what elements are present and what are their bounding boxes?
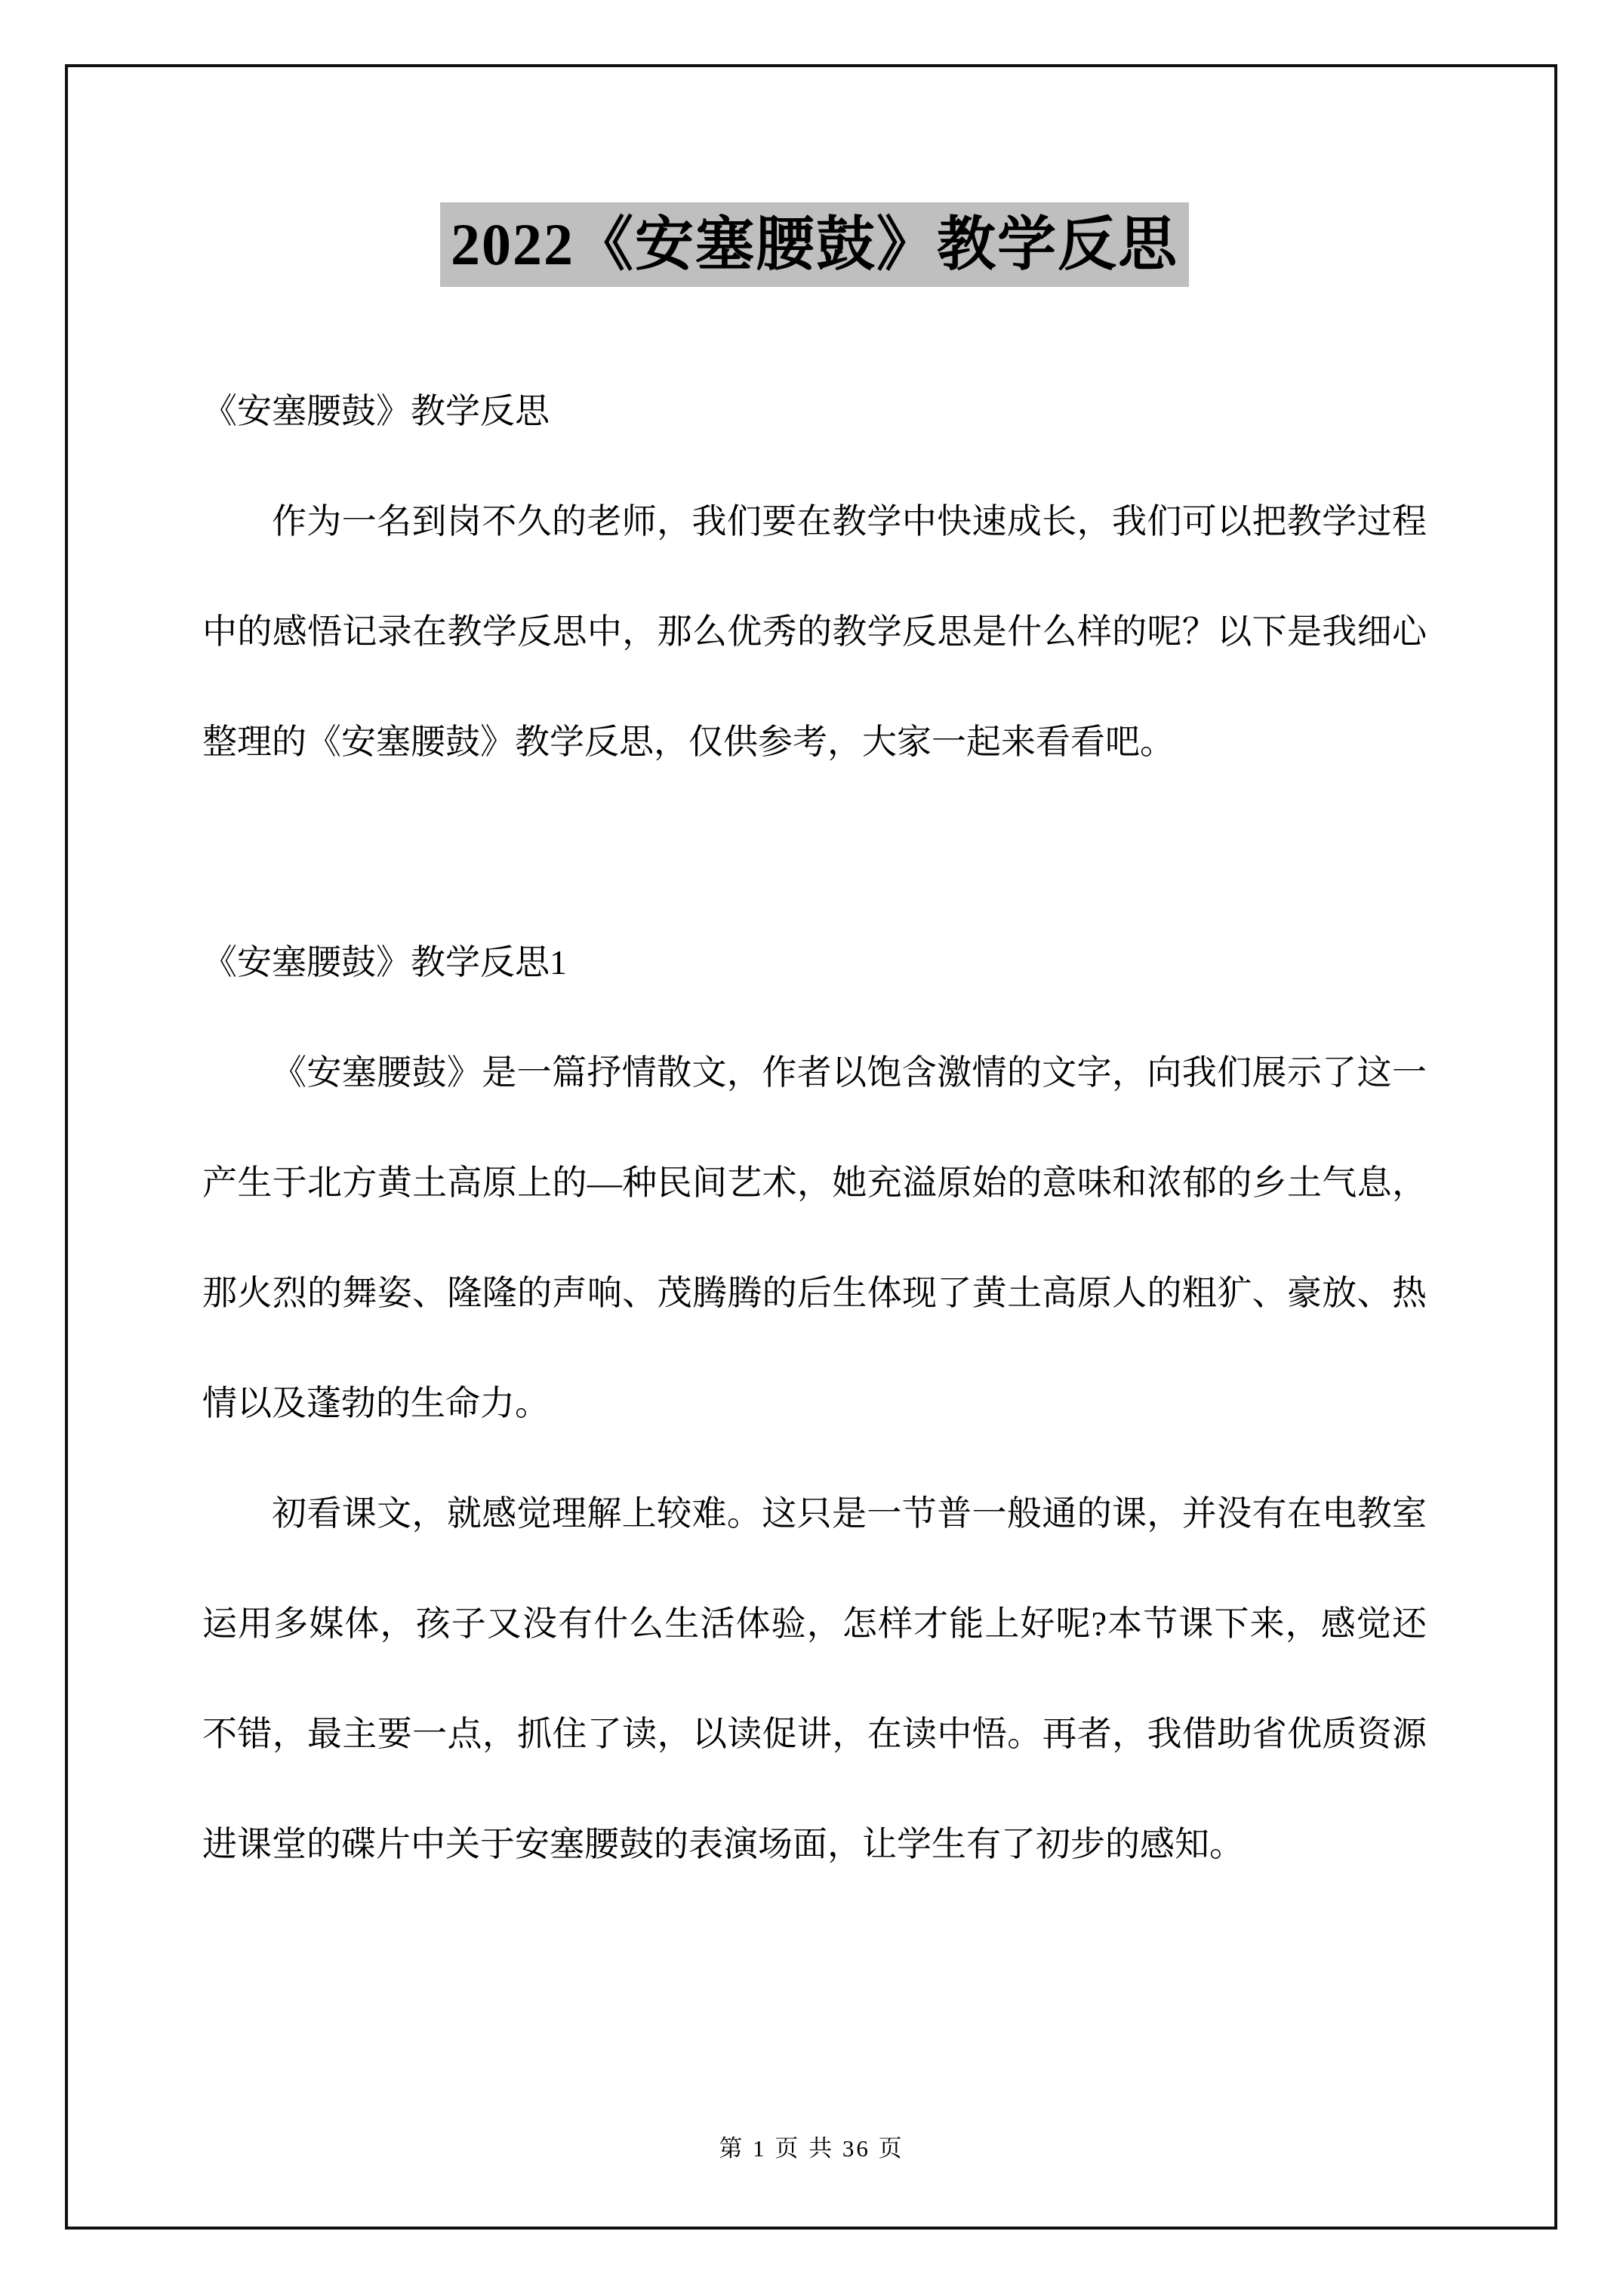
document-title-wrap: 2022《安塞腰鼓》教学反思 <box>202 202 1427 287</box>
paragraph-section-heading: 《安塞腰鼓》教学反思1 <box>202 908 1427 1018</box>
paragraph-intro: 作为一名到岗不久的老师，我们要在教学中快速成长，我们可以把教学过程中的感悟记录在… <box>202 467 1427 797</box>
paragraph-body-1: 《安塞腰鼓》是一篇抒情散文，作者以饱含激情的文字，向我们展示了这一产生于北方黄土… <box>202 1018 1427 1459</box>
paragraph-subtitle: 《安塞腰鼓》教学反思 <box>202 356 1427 467</box>
paragraph-body-2: 初看课文，就感觉理解上较难。这只是一节普一般通的课，并没有在电教室运用多媒体，孩… <box>202 1459 1427 1900</box>
document-body: 《安塞腰鼓》教学反思 作为一名到岗不久的老师，我们要在教学中快速成长，我们可以把… <box>202 356 1427 1900</box>
page-content: 2022《安塞腰鼓》教学反思 《安塞腰鼓》教学反思 作为一名到岗不久的老师，我们… <box>202 202 1427 1900</box>
document-title: 2022《安塞腰鼓》教学反思 <box>440 202 1189 287</box>
blank-line <box>202 797 1427 908</box>
page-footer: 第 1 页 共 36 页 <box>0 2134 1623 2164</box>
